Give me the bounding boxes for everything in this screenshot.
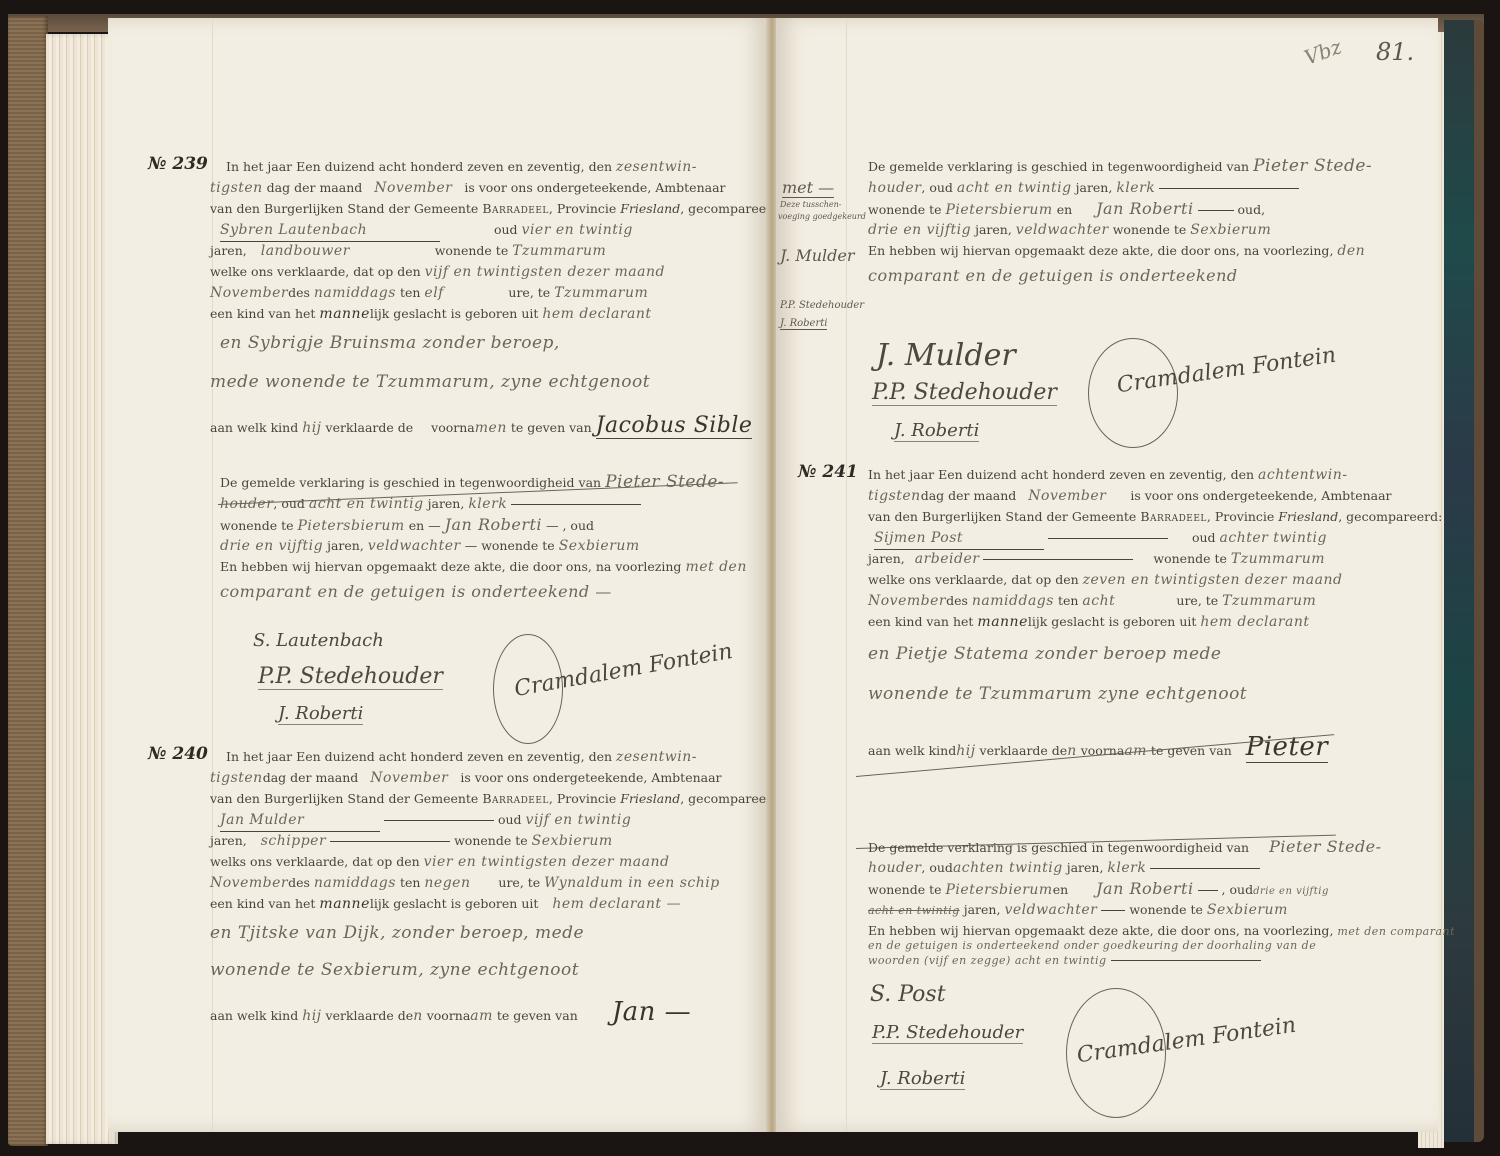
right-page: Vbz 81. met — Deze tusschen- voeging goe… — [776, 18, 1438, 1132]
entry-239: № 239 In het jaar Een duizend acht honde… — [148, 156, 758, 440]
signature-witness-2: J. Roberti — [278, 703, 363, 725]
signature-witness-1: P.P. Stedehouder — [872, 1022, 1023, 1044]
signature-declarant: S. Post — [870, 982, 946, 1007]
book-cover-left — [8, 16, 48, 1146]
mother-line: en Tjitske van Dijk, zonder beroep, mede — [210, 923, 584, 943]
folio-pencil: Vbz — [1301, 34, 1345, 69]
declarant-name: Sijmen Post — [874, 528, 1044, 550]
entry-239-witnesses: De gemelde verklaring is geschied in teg… — [220, 472, 760, 607]
declarant-name: Jan Mulder — [220, 810, 380, 832]
book-cover-right — [1444, 20, 1484, 1142]
signature-witness-2: J. Roberti — [880, 1068, 965, 1090]
signature-witness-1: P.P. Stedehouder — [258, 664, 443, 690]
folio-number: 81. — [1376, 38, 1414, 66]
margin-insertion: met — — [782, 178, 834, 198]
signature-declarant: S. Lautenbach — [253, 630, 384, 651]
margin-signature-1: J. Mulder — [780, 246, 855, 265]
entry-240-witnesses: De gemelde verklaring is geschied in teg… — [868, 156, 1418, 291]
margin-signature-2: P.P. Stedehouder — [780, 300, 864, 311]
signature-witness-2: J. Roberti — [894, 420, 979, 442]
left-page: № 239 In het jaar Een duizend acht honde… — [108, 18, 768, 1132]
entry-241: № 241 In het jaar Een duizend acht honde… — [798, 464, 1418, 762]
child-name: Jacobus Sible — [596, 413, 753, 439]
signature-witness-1: P.P. Stedehouder — [872, 380, 1057, 406]
mother-line: en Pietje Statema zonder beroep mede — [868, 644, 1221, 664]
margin-signature-3: J. Roberti — [780, 318, 827, 330]
declarant-name: Sybren Lautenbach — [220, 220, 440, 242]
entry-240: № 240 In het jaar Een duizend acht honde… — [148, 746, 758, 1028]
entry-241-witnesses: De gemelde verklaring is geschied in teg… — [868, 836, 1438, 967]
signature-declarant: J. Mulder — [876, 338, 1016, 373]
margin-approval-2: voeging goedgekeurd — [778, 212, 866, 221]
mother-line: en Sybrigje Bruinsma zonder beroep, — [220, 333, 560, 353]
struck-age: acht en twintig — [868, 904, 960, 917]
child-name: Jan — — [612, 997, 691, 1027]
margin-approval-1: Deze tusschen- — [780, 200, 841, 209]
